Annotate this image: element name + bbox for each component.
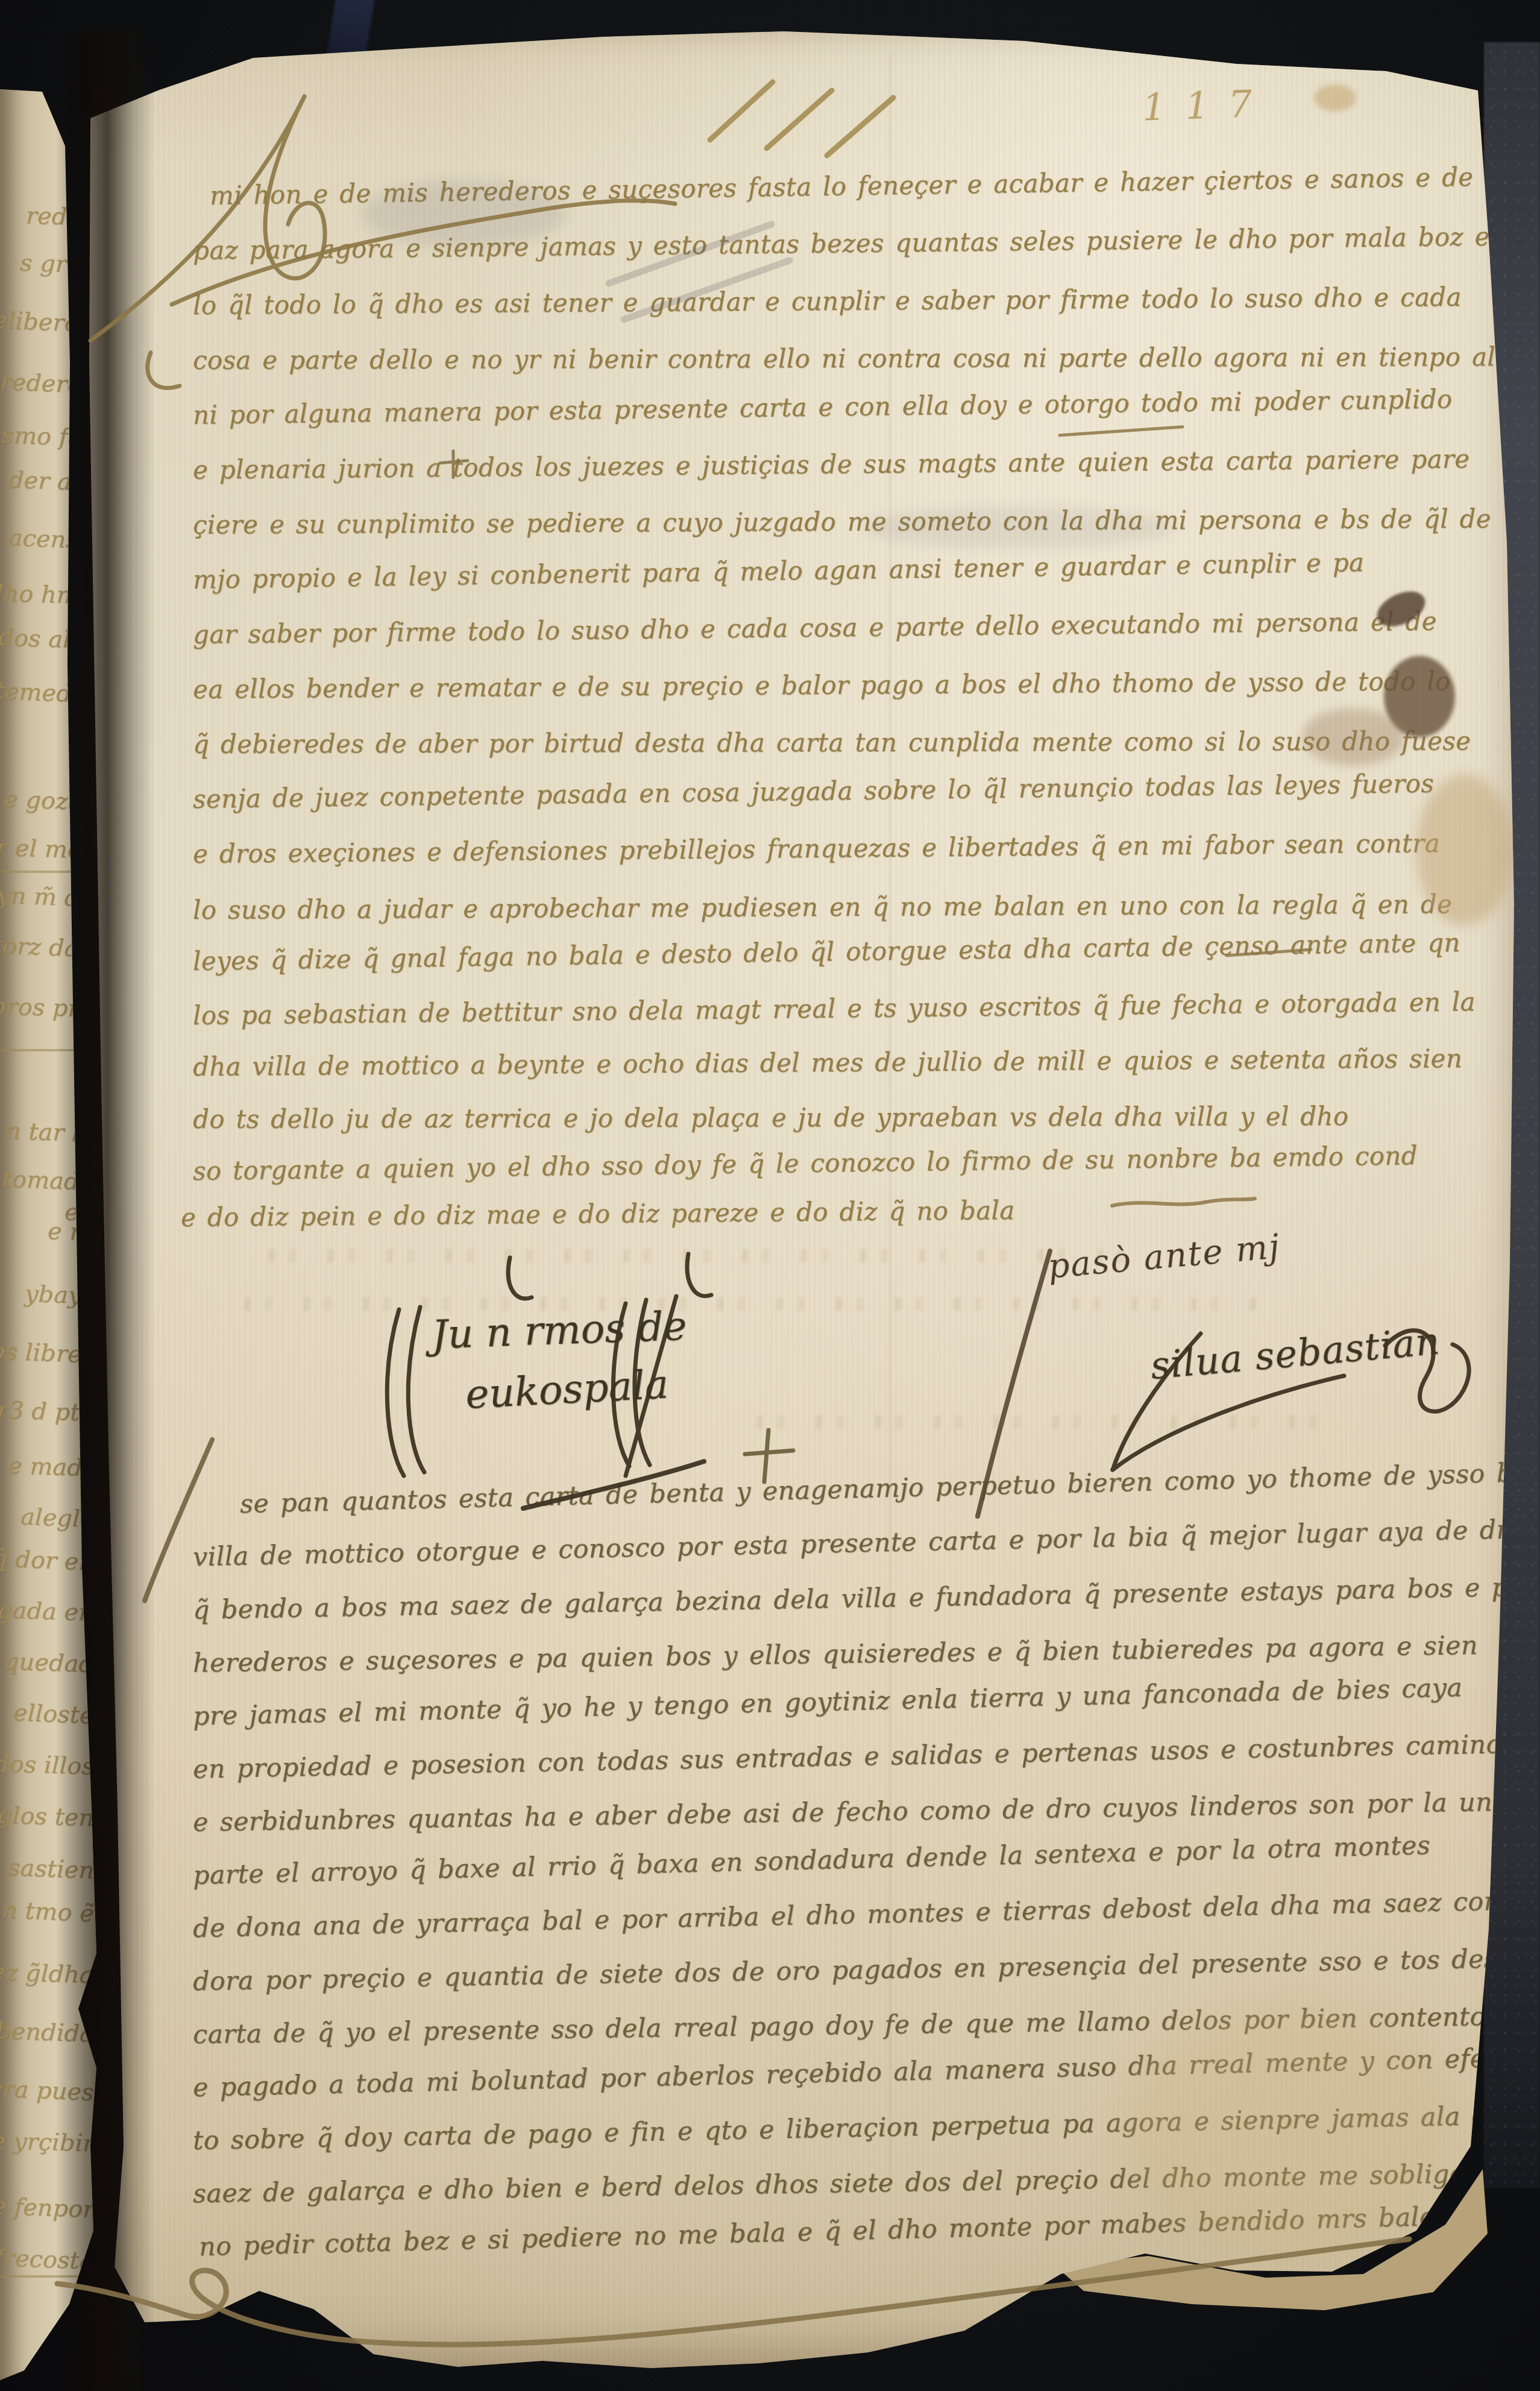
margin-text-fragment: der ala bbox=[8, 466, 95, 497]
manuscript-line: parte el arroyo q̃ baxe al rrio q̃ baxa … bbox=[192, 1830, 1430, 1891]
margin-text-fragment: q̃ dor en bbox=[0, 1544, 95, 1576]
manuscript-line: en propiedad e posesion con todas sus en… bbox=[193, 1729, 1516, 1785]
manuscript-line: los pa sebastian de bettitur sno dela ma… bbox=[193, 987, 1476, 1030]
margin-rule bbox=[0, 2275, 96, 2278]
manuscript-line: mi hon e de mis herederos e suçesores fa… bbox=[210, 162, 1474, 210]
margin-text-fragment: frecosta bbox=[0, 2244, 95, 2275]
manuscript-line: e dros exeçiones e defensiones prebillej… bbox=[193, 828, 1440, 869]
margin-text-fragment: e madr bbox=[7, 1452, 94, 1482]
margin-text-fragment: sastien bbox=[7, 1853, 95, 1884]
manuscript-line: dora por preçio e quantia de siete dos d… bbox=[193, 1943, 1524, 1997]
ink-showthrough bbox=[229, 1297, 1266, 1311]
manuscript-line: q̃ bendo a bos ma saez de galarça bezina… bbox=[193, 1570, 1540, 1625]
manuscript-line: e pagado a toda mi boluntad por aberlos … bbox=[192, 2043, 1485, 2103]
margin-text-fragment: torz dad bbox=[0, 931, 95, 963]
margin-text-fragment: e rz bbox=[48, 1217, 95, 1246]
margin-text-fragment: r el mes bbox=[0, 834, 95, 865]
margin-text-fragment: tr3 d pta bbox=[0, 1396, 95, 1427]
margin-text-fragment: alegle bbox=[20, 1503, 95, 1534]
manuscript-line: çiere e su cunplimito se pediere a cuyo … bbox=[193, 504, 1491, 540]
manuscript-line: gar saber por firme todo lo suso dho e c… bbox=[193, 606, 1437, 649]
margin-text-fragment: e de fenpor bbox=[0, 2191, 95, 2223]
margin-text-fragment: e gozar bbox=[3, 785, 95, 816]
manuscript-page: 117 mi hon e de mis herederos e suçesore… bbox=[0, 0, 1540, 2391]
margin-text-fragment: bros pro bbox=[0, 992, 95, 1023]
previous-page-edge: redess grosẽ deliberonherederesmesmo far… bbox=[0, 0, 98, 2391]
manuscript-line: q̃ debieredes de aber por birtud desta d… bbox=[193, 726, 1471, 759]
manuscript-line: herederos e suçesores e pa quien bos y e… bbox=[193, 1630, 1478, 1678]
margin-rule bbox=[0, 1049, 93, 1051]
manuscript-line: lo suso dho a judar e aprobechar me pudi… bbox=[193, 889, 1452, 925]
manuscript-line: no pedir cotta bez e si pediere no me ba… bbox=[198, 2202, 1435, 2262]
manuscript-line: e plenaria jurion a todos los juezes e j… bbox=[193, 444, 1470, 485]
margin-text-fragment: ndos libres bbox=[0, 1336, 95, 1369]
manuscript-line: villa de mottico otorgue e conosco por e… bbox=[192, 1514, 1524, 1572]
manuscript-line: lo q̃l todo lo q̃ dho es asi tener e gua… bbox=[193, 282, 1462, 320]
folio-number: 117 bbox=[1142, 81, 1272, 129]
margin-text-fragment: ybays bbox=[24, 1280, 95, 1310]
signature-left-line1: Ju n rmos de bbox=[431, 1303, 688, 1358]
ink-showthrough bbox=[253, 1249, 1157, 1262]
margin-text-fragment: se dho hmo bbox=[0, 578, 95, 610]
manuscript-line: leyes q̃ dize q̃ gnal faga no bala e des… bbox=[193, 928, 1460, 976]
photo-backdrop: redess grosẽ deliberonherederesmesmo far… bbox=[0, 0, 1540, 2391]
margin-text-fragment: s gros bbox=[20, 249, 95, 279]
manuscript-line: de dona ana de yrarraça bal e por arriba… bbox=[192, 1885, 1538, 1944]
margin-text-fragment: redes bbox=[26, 201, 95, 231]
manuscript-line: dha villa de mottico a beynte e ocho dia… bbox=[193, 1044, 1462, 1082]
manuscript-line: saez de galarça e dho bien e berd delos … bbox=[193, 2158, 1509, 2209]
margin-text-fragment: tomado bbox=[2, 1165, 95, 1196]
signature-left-line2: eukospala bbox=[464, 1361, 670, 1418]
margin-text-fragment: nes acensu bbox=[0, 522, 95, 555]
margin-text-fragment: herederes bbox=[0, 367, 95, 400]
margin-text-fragment: n tmo ẽ bbox=[1, 1896, 95, 1927]
margin-text-fragment: fera pues bbox=[0, 2074, 95, 2106]
manuscript-line: to sobre q̃ doy carta de pago e fin e qt… bbox=[193, 2099, 1540, 2156]
foxing-spot bbox=[1314, 84, 1356, 112]
manuscript-line: e serbidunbres quantas ha e aber debe as… bbox=[193, 1787, 1509, 1838]
margin-text-fragment: glos ten bbox=[0, 1801, 95, 1832]
manuscript-line: ea ellos bender e rematar e de su preçio… bbox=[193, 666, 1451, 704]
manuscript-line: cosa e parte dello e no yr ni benir cont… bbox=[193, 342, 1527, 375]
margin-text-fragment: yn m̃ de bbox=[0, 881, 95, 913]
manuscript-line: carta de q̃ yo el presente sso dela rrea… bbox=[193, 2002, 1486, 2050]
margin-text-fragment: de yrçibir bbox=[0, 2126, 95, 2157]
margin-text-fragment: o ttemedio bbox=[0, 676, 95, 708]
margin-text-fragment: ẽ deliberon bbox=[0, 305, 95, 338]
manuscript-line: do ts dello ju de az terrica e jo dela p… bbox=[193, 1101, 1349, 1134]
margin-text-fragment: a segdos abn bbox=[0, 622, 95, 655]
manuscript-line: ni por alguna manera por esta presente c… bbox=[193, 384, 1453, 430]
ink-showthrough bbox=[741, 1416, 1320, 1429]
margin-text-fragment: bez g̃ldha bbox=[0, 1958, 95, 1989]
margin-rule bbox=[0, 871, 92, 873]
manuscript-line: pre jamas el mi monte q̃ yo he y tengo e… bbox=[192, 1672, 1462, 1731]
signature-right: silua sebastian bbox=[1149, 1318, 1442, 1388]
manuscript-line: senja de juez conpetente pasada en cosa … bbox=[193, 769, 1435, 814]
manuscript-line: mjo propio e la ley si conbenerit para q… bbox=[193, 547, 1365, 594]
margin-text-fragment: n tar la bbox=[5, 1117, 94, 1148]
manuscript-line: so torgante a quien yo el dho sso doy fe… bbox=[193, 1141, 1418, 1186]
margin-text-fragment: elloste bbox=[13, 1698, 95, 1729]
margin-text-fragment: bendida bbox=[0, 2017, 95, 2048]
notary-attestation: pasò ante mj bbox=[1046, 1227, 1282, 1286]
margin-text-fragment: quedad bbox=[3, 1647, 95, 1678]
margin-text-fragment: dos illos bbox=[0, 1750, 95, 1781]
margin-text-fragment: gada en bbox=[0, 1596, 95, 1627]
margin-text-fragment: mesmo far bbox=[0, 420, 95, 452]
manuscript-line: paz para agora e sienpre jamas y esto ta… bbox=[193, 221, 1506, 265]
